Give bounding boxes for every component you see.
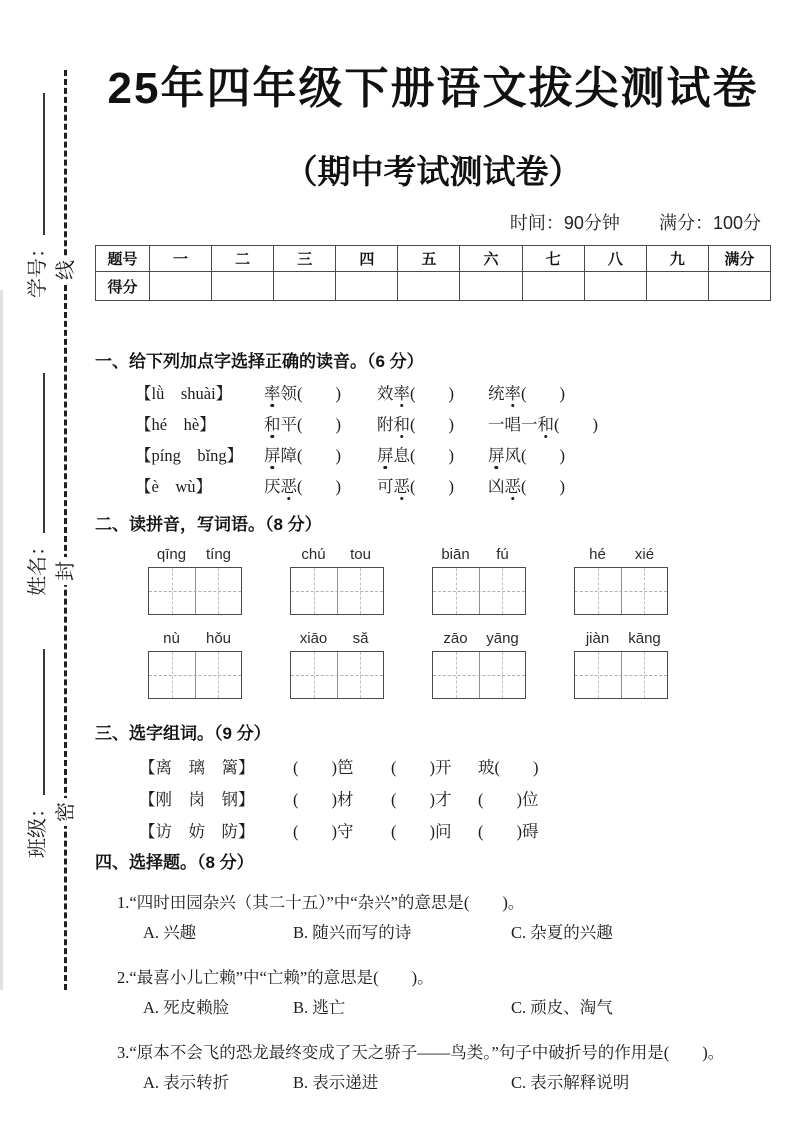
pinyin-label: xiāosǎ [290, 629, 384, 651]
question-options: A. 兴趣 B. 随兴而写的诗 C. 杂夏的兴趣 [95, 918, 771, 948]
score-table: 题号 一 二 三 四 五 六 七 八 九 满分 得分 [95, 245, 771, 301]
score-input-cell[interactable] [336, 272, 398, 301]
word-blank[interactable]: ( )笆 [293, 752, 391, 784]
option-a[interactable]: A. 表示转折 [143, 1068, 293, 1098]
grid-cell[interactable] [196, 652, 242, 698]
section-1-rows: 【lǜ shuài】 率领( ) 效率( ) 统率( ) 【hé hè】 和平(… [95, 378, 771, 502]
word-blank[interactable]: 统率( ) [488, 378, 565, 409]
score-input-cell[interactable] [646, 272, 708, 301]
option-a[interactable]: A. 兴趣 [143, 918, 293, 948]
score-header-cell: 九 [646, 246, 708, 272]
pinyin-writing-box: nùhǒu [148, 629, 242, 699]
word-blank[interactable]: ( )开 [391, 752, 478, 784]
question-stem: 1.“四时田园杂兴（其二十五）”中“杂兴”的意思是( )。 [95, 888, 771, 918]
writing-grid [574, 567, 668, 615]
score-input-cell[interactable] [708, 272, 770, 301]
grid-cell[interactable] [480, 568, 526, 614]
student-id-label: 学号： [26, 238, 50, 298]
question-stem: 3.“原本不会飞的恐龙最终变成了天之骄子——鸟类。”句子中破折号的作用是( )。 [95, 1038, 771, 1068]
grid-cell[interactable] [338, 652, 384, 698]
score-header-cell: 七 [522, 246, 584, 272]
word-blank[interactable]: 和平( ) [264, 409, 377, 440]
grid-cell[interactable] [291, 652, 338, 698]
question-options: A. 表示转折 B. 表示递进 C. 表示解释说明 [95, 1068, 771, 1098]
seal-dashed-line [64, 70, 67, 990]
grid-cell[interactable] [149, 568, 196, 614]
choose-character-row: 【离 璃 篱】 ( )笆 ( )开 玻( ) [95, 752, 771, 784]
word-blank[interactable]: ( )才 [391, 784, 478, 816]
score-input-cell[interactable] [274, 272, 336, 301]
word-blank[interactable]: 凶恶( ) [488, 471, 565, 502]
exam-time: 时间：90分钟 [510, 213, 620, 233]
word-blank[interactable]: ( )材 [293, 784, 391, 816]
student-name-field: 姓名： [24, 373, 50, 596]
score-input-cell[interactable] [212, 272, 274, 301]
grid-cell[interactable] [622, 652, 668, 698]
pinyin-label: biānfú [432, 545, 526, 567]
pronunciation-row: 【lǜ shuài】 率领( ) 效率( ) 统率( ) [95, 378, 771, 409]
writing-grid [290, 651, 384, 699]
pinyin-writing-row: qīngtíng chútou biānfú [95, 545, 771, 615]
exam-meta: 时间：90分钟 满分：100分 [95, 209, 761, 235]
score-input-row: 得分 [96, 272, 771, 301]
score-input-cell[interactable] [150, 272, 212, 301]
class-field: 班级： [24, 649, 50, 858]
pinyin-writing-row: nùhǒu xiāosǎ zāoyāng [95, 629, 771, 699]
grid-cell[interactable] [622, 568, 668, 614]
word-blank[interactable]: 玻( ) [478, 752, 539, 784]
score-input-cell[interactable] [584, 272, 646, 301]
score-input-cell[interactable] [460, 272, 522, 301]
grid-cell[interactable] [575, 568, 622, 614]
character-bracket: 【刚 岗 钢】 [139, 784, 293, 816]
choose-character-row: 【刚 岗 钢】 ( )材 ( )才 ( )位 [95, 784, 771, 816]
score-table-header-row: 题号 一 二 三 四 五 六 七 八 九 满分 [96, 246, 771, 272]
pinyin-writing-box: jiànkāng [574, 629, 668, 699]
writing-grid [432, 651, 526, 699]
word-blank[interactable]: 屏风( ) [488, 440, 565, 471]
pinyin-bracket: 【hé hè】 [135, 409, 264, 440]
pinyin-label: chútou [290, 545, 384, 567]
word-blank[interactable]: ( )守 [293, 816, 391, 848]
writing-grid [148, 567, 242, 615]
seal-char-feng: 封 [51, 557, 81, 585]
word-blank[interactable]: ( )碍 [478, 816, 539, 848]
score-header-cell: 二 [212, 246, 274, 272]
score-row-label: 得分 [96, 272, 150, 301]
pronunciation-row: 【píng bǐng】 屏障( ) 屏息( ) 屏风( ) [95, 440, 771, 471]
word-blank[interactable]: 屏息( ) [377, 440, 488, 471]
word-blank[interactable]: 附和( ) [377, 409, 488, 440]
option-c[interactable]: C. 顽皮、淘气 [511, 993, 613, 1023]
section-3-rows: 【离 璃 篱】 ( )笆 ( )开 玻( ) 【刚 岗 钢】 ( )材 ( )才… [95, 752, 771, 848]
pinyin-writing-box: biānfú [432, 545, 526, 615]
seal-char-mi: 密 [51, 798, 81, 826]
pinyin-label: nùhǒu [148, 629, 242, 651]
pinyin-bracket: 【lǜ shuài】 [135, 378, 264, 409]
grid-cell[interactable] [433, 652, 480, 698]
class-label: 班级： [26, 798, 50, 858]
writing-grid [148, 651, 242, 699]
grid-cell[interactable] [575, 652, 622, 698]
question-3: 3.“原本不会飞的恐龙最终变成了天之骄子——鸟类。”句子中破折号的作用是( )。… [95, 1038, 771, 1098]
option-b[interactable]: B. 随兴而写的诗 [293, 918, 511, 948]
score-header-cell: 八 [584, 246, 646, 272]
grid-cell[interactable] [338, 568, 384, 614]
section-1-title: 一、给下列加点字选择正确的读音。（6 分） [95, 347, 771, 372]
question-options: A. 死皮赖脸 B. 逃亡 C. 顽皮、淘气 [95, 993, 771, 1023]
word-blank[interactable]: 率领( ) [264, 378, 377, 409]
option-a[interactable]: A. 死皮赖脸 [143, 993, 293, 1023]
section-1-pronunciation: 一、给下列加点字选择正确的读音。（6 分） 【lǜ shuài】 率领( ) 效… [95, 347, 771, 502]
section-2-write-words: 二、读拼音，写词语。（8 分） qīngtíng chútou bi [95, 510, 771, 699]
word-blank[interactable]: ( )问 [391, 816, 478, 848]
main-content: 25年四年级下册语文拔尖测试卷 （期中考试测试卷） 时间：90分钟 满分：100… [95, 0, 771, 1098]
question-2: 2.“最喜小儿亡赖”中“亡赖”的意思是( )。 A. 死皮赖脸 B. 逃亡 C.… [95, 963, 771, 1023]
choose-character-row: 【访 妨 防】 ( )守 ( )问 ( )碍 [95, 816, 771, 848]
word-blank[interactable]: 效率( ) [377, 378, 488, 409]
pinyin-label: jiànkāng [574, 629, 668, 651]
section-4-multiple-choice: 四、选择题。（8 分） 1.“四时田园杂兴（其二十五）”中“杂兴”的意思是( )… [95, 848, 771, 1098]
pinyin-writing-box: qīngtíng [148, 545, 242, 615]
student-name-label: 姓名： [26, 536, 50, 596]
paper-subtitle: （期中考试测试卷） [95, 146, 771, 193]
score-header-cell: 五 [398, 246, 460, 272]
writing-grid [290, 567, 384, 615]
option-b[interactable]: B. 表示递进 [293, 1068, 511, 1098]
student-id-blank-line[interactable] [43, 93, 45, 235]
exam-paper-page: 线 封 密 学号： 姓名： 班级： 25年四年级下册语文拔尖测试卷 （期中考试测… [0, 0, 793, 1122]
option-c[interactable]: C. 杂夏的兴趣 [511, 918, 613, 948]
pinyin-writing-box: xiāosǎ [290, 629, 384, 699]
score-header-cell: 六 [460, 246, 522, 272]
score-header-cell: 满分 [708, 246, 770, 272]
option-c[interactable]: C. 表示解释说明 [511, 1068, 629, 1098]
writing-grid [432, 567, 526, 615]
seal-char-xian: 线 [51, 256, 81, 284]
exam-total-score: 满分：100分 [659, 213, 761, 233]
grid-cell[interactable] [291, 568, 338, 614]
pinyin-writing-box: chútou [290, 545, 384, 615]
question-1: 1.“四时田园杂兴（其二十五）”中“杂兴”的意思是( )。 A. 兴趣 B. 随… [95, 888, 771, 948]
section-4-title: 四、选择题。（8 分） [95, 848, 771, 873]
character-bracket: 【访 妨 防】 [139, 816, 293, 848]
score-header-cell: 一 [150, 246, 212, 272]
pinyin-bracket: 【è wù】 [135, 471, 264, 502]
student-id-field: 学号： [24, 93, 50, 298]
option-b[interactable]: B. 逃亡 [293, 993, 511, 1023]
score-input-cell[interactable] [398, 272, 460, 301]
section-2-title: 二、读拼音，写词语。（8 分） [95, 510, 771, 535]
word-blank[interactable]: 一唱一和( ) [488, 409, 598, 440]
word-blank[interactable]: 屏障( ) [264, 440, 377, 471]
section-3-choose-character: 三、选字组词。（9 分） 【离 璃 篱】 ( )笆 ( )开 玻( ) 【刚 岗… [95, 719, 771, 848]
pinyin-writing-box: héxié [574, 545, 668, 615]
pinyin-bracket: 【píng bǐng】 [135, 440, 264, 471]
pinyin-writing-box: zāoyāng [432, 629, 526, 699]
score-header-cell: 四 [336, 246, 398, 272]
word-blank[interactable]: 厌恶( ) [264, 471, 377, 502]
grid-cell[interactable] [433, 568, 480, 614]
pinyin-label: héxié [574, 545, 668, 567]
grid-cell[interactable] [480, 652, 526, 698]
score-header-cell: 三 [274, 246, 336, 272]
pronunciation-row: 【è wù】 厌恶( ) 可恶( ) 凶恶( ) [95, 471, 771, 502]
question-stem: 2.“最喜小儿亡赖”中“亡赖”的意思是( )。 [95, 963, 771, 993]
word-blank[interactable]: ( )位 [478, 784, 539, 816]
pinyin-label: qīngtíng [148, 545, 242, 567]
score-header-cell: 题号 [96, 246, 150, 272]
grid-cell[interactable] [196, 568, 242, 614]
student-name-blank-line[interactable] [43, 373, 45, 533]
paper-title: 25年四年级下册语文拔尖测试卷 [95, 52, 771, 116]
character-bracket: 【离 璃 篱】 [139, 752, 293, 784]
section-3-title: 三、选字组词。（9 分） [95, 719, 771, 744]
grid-cell[interactable] [149, 652, 196, 698]
pronunciation-row: 【hé hè】 和平( ) 附和( ) 一唱一和( ) [95, 409, 771, 440]
writing-grid [574, 651, 668, 699]
word-blank[interactable]: 可恶( ) [377, 471, 488, 502]
pinyin-label: zāoyāng [432, 629, 526, 651]
page-edge-line [0, 290, 3, 990]
class-blank-line[interactable] [43, 649, 45, 795]
score-input-cell[interactable] [522, 272, 584, 301]
